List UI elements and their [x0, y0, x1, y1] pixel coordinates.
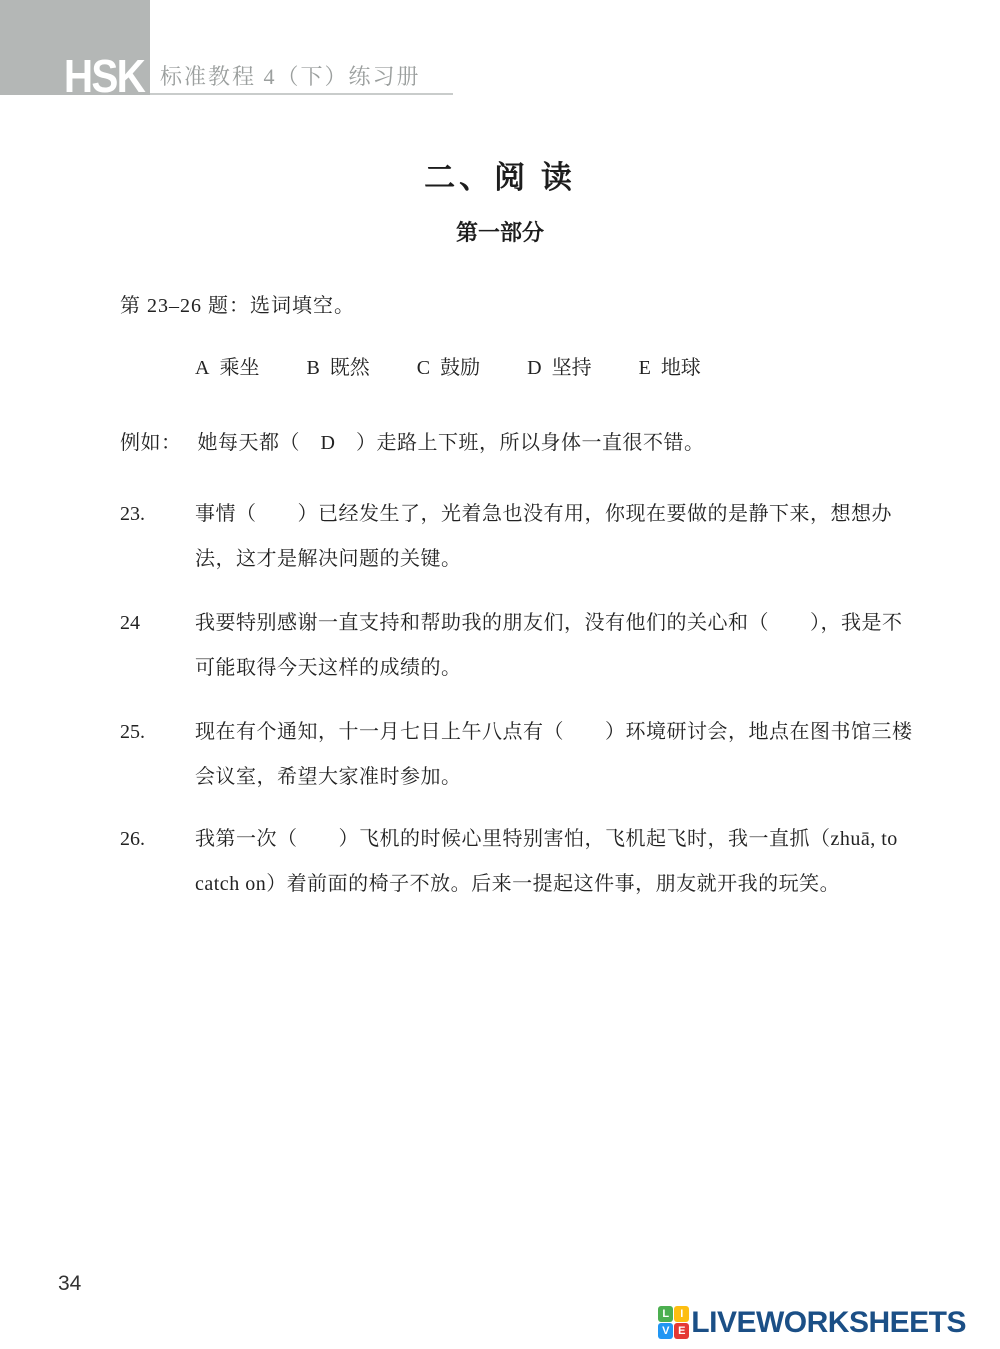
logo-tile-l: L	[658, 1306, 673, 1322]
question-26-text: 我第一次（ ）飞机的时候心里特别害怕，飞机起飞时，我一直抓（zhuā, to c…	[195, 817, 920, 906]
question-25-line1: 现在有个通知，十一月七日上午八点有（ ）环境研讨会，地点在图书馆三楼	[195, 710, 920, 755]
option-d-word: 坚持	[552, 357, 592, 379]
option-d-label: D	[527, 357, 541, 379]
question-26: 26. 我第一次（ ）飞机的时候心里特别害怕，飞机起飞时，我一直抓（zhuā, …	[120, 817, 920, 906]
example-text: 她每天都（ D ）走路上下班，所以身体一直很不错。	[198, 432, 705, 454]
hsk-logo-block: HSK	[0, 0, 150, 95]
option-b-word: 既然	[330, 357, 370, 379]
option-c-word: 鼓励	[440, 357, 480, 379]
logo-tile-v: V	[658, 1323, 673, 1339]
example-prefix: 例如：	[120, 432, 182, 454]
hsk-logo: HSK	[64, 53, 144, 99]
header-rule	[150, 93, 453, 95]
logo-tile-i: I	[674, 1306, 689, 1322]
question-26-line2: catch on）着前面的椅子不放。后来一提起这件事，朋友就开我的玩笑。	[195, 862, 920, 907]
option-e-word: 地球	[661, 357, 701, 379]
question-23-number: 23.	[120, 492, 145, 536]
option-d: D坚持	[527, 351, 591, 380]
word-options-row: A乘坐 B既然 C鼓励 D坚持 E地球	[195, 351, 701, 380]
question-26-number: 26.	[120, 817, 145, 861]
question-24-line1: 我要特别感谢一直支持和帮助我的朋友们，没有他们的关心和（ ），我是不	[195, 601, 920, 646]
option-a-word: 乘坐	[219, 357, 259, 379]
option-c-label: C	[417, 357, 430, 379]
option-a: A乘坐	[195, 351, 259, 380]
question-24-text: 我要特别感谢一直支持和帮助我的朋友们，没有他们的关心和（ ），我是不 可能取得今…	[195, 601, 920, 690]
question-23-text: 事情（ ）已经发生了，光着急也没有用，你现在要做的是静下来，想想办 法，这才是解…	[195, 492, 920, 581]
liveworksheets-logo[interactable]: L I V E LIVEWORKSHEETS	[658, 1306, 966, 1339]
instruction-text: 第 23–26 题：选词填空。	[120, 289, 355, 318]
liveworksheets-icon: L I V E	[658, 1306, 689, 1339]
question-25-line2: 会议室，希望大家准时参加。	[195, 755, 920, 800]
section-title: 二、阅 读	[0, 152, 1000, 197]
question-24-line2: 可能取得今天这样的成绩的。	[195, 646, 920, 691]
example-row: 例如：她每天都（ D ）走路上下班，所以身体一直很不错。	[120, 426, 704, 455]
option-a-label: A	[195, 357, 209, 379]
option-b: B既然	[306, 351, 369, 380]
question-23: 23. 事情（ ）已经发生了，光着急也没有用，你现在要做的是静下来，想想办 法，…	[120, 492, 920, 581]
option-b-label: B	[306, 357, 319, 379]
question-23-line2: 法，这才是解决问题的关键。	[195, 537, 920, 582]
header-subtitle: 标准教程 4（下）练习册	[160, 60, 421, 91]
option-e: E地球	[639, 351, 701, 380]
liveworksheets-wordmark: LIVEWORKSHEETS	[691, 1308, 966, 1338]
logo-tile-e: E	[674, 1323, 689, 1339]
page-number: 34	[58, 1272, 81, 1296]
part-title: 第一部分	[0, 216, 1000, 247]
question-24-number: 24	[120, 601, 140, 645]
question-24: 24 我要特别感谢一直支持和帮助我的朋友们，没有他们的关心和（ ），我是不 可能…	[120, 601, 920, 690]
question-26-line1: 我第一次（ ）飞机的时候心里特别害怕，飞机起飞时，我一直抓（zhuā, to	[195, 817, 920, 862]
question-25-number: 25.	[120, 710, 145, 754]
question-23-line1: 事情（ ）已经发生了，光着急也没有用，你现在要做的是静下来，想想办	[195, 492, 920, 537]
option-e-label: E	[639, 357, 651, 379]
worksheet-page: HSK 标准教程 4（下）练习册 二、阅 读 第一部分 第 23–26 题：选词…	[0, 0, 1000, 1349]
question-25-text: 现在有个通知，十一月七日上午八点有（ ）环境研讨会，地点在图书馆三楼 会议室，希…	[195, 710, 920, 799]
question-25: 25. 现在有个通知，十一月七日上午八点有（ ）环境研讨会，地点在图书馆三楼 会…	[120, 710, 920, 799]
option-c: C鼓励	[417, 351, 480, 380]
